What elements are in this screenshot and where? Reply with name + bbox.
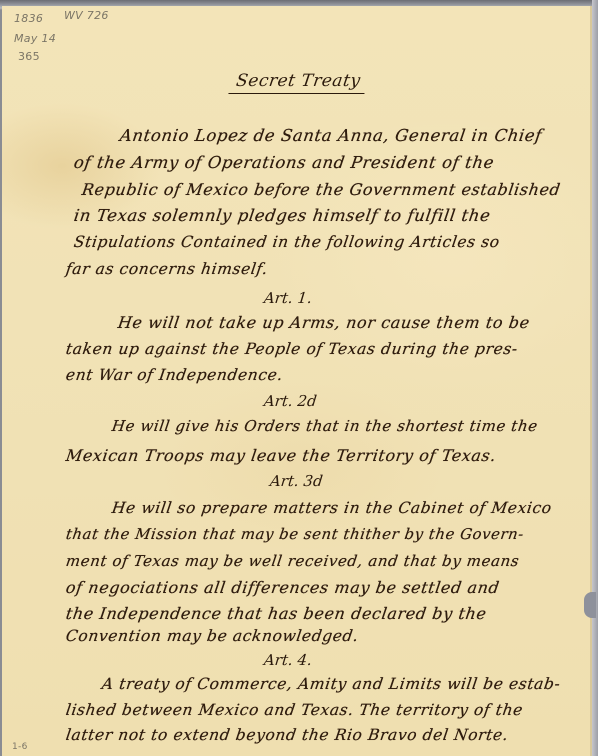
scanner-edge xyxy=(592,0,598,756)
archival-year: 1836 xyxy=(14,12,43,25)
preamble-line: far as concerns himself. xyxy=(65,260,269,278)
article-line: the Independence that has been declared … xyxy=(65,604,488,623)
article-line: He will so prepare matters in the Cabine… xyxy=(111,499,553,517)
article-line: taken up against the People of Texas dur… xyxy=(65,340,519,358)
article-heading: Art. 4. xyxy=(263,651,313,669)
article-line: A treaty of Commerce, Amity and Limits w… xyxy=(101,675,562,693)
preamble-line: of the Army of Operations and President … xyxy=(73,153,496,172)
article-heading: Art. 1. xyxy=(263,289,313,307)
article-heading: Art. 2d xyxy=(263,392,318,410)
manuscript-page: 1836 WV 726 May 14 365 Secret Treaty Ant… xyxy=(2,6,592,756)
article-line: ent War of Independence. xyxy=(65,366,285,384)
article-line: latter not to extend beyond the Rio Brav… xyxy=(65,726,510,744)
article-line: Mexican Troops may leave the Territory o… xyxy=(65,446,498,465)
article-line: that the Mission that may be sent thithe… xyxy=(65,526,525,543)
archival-footer-mark: 1-6 xyxy=(12,742,28,752)
article-line: ment of Texas may be well received, and … xyxy=(65,552,521,570)
article-line: lished between Mexico and Texas. The ter… xyxy=(65,701,525,719)
page-notch xyxy=(584,592,596,618)
preamble-line: Stipulations Contained in the following … xyxy=(73,233,501,251)
archival-number: 365 xyxy=(18,50,40,63)
document-title: Secret Treaty xyxy=(228,71,367,94)
preamble-line: in Texas solemnly pledges himself to ful… xyxy=(73,206,492,225)
preamble-line: Antonio Lopez de Santa Anna, General in … xyxy=(119,126,544,145)
article-line: of negociations all differences may be s… xyxy=(65,578,501,597)
article-line: He will not take up Arms, nor cause them… xyxy=(117,313,532,332)
preamble-line: Republic of Mexico before the Government… xyxy=(81,180,562,199)
article-heading: Art. 3d xyxy=(269,472,324,490)
article-line: Convention may be acknowledged. xyxy=(65,627,360,645)
archival-date: May 14 xyxy=(14,32,56,45)
archival-catalog-number: WV 726 xyxy=(64,9,109,22)
article-line: He will give his Orders that in the shor… xyxy=(111,417,539,435)
